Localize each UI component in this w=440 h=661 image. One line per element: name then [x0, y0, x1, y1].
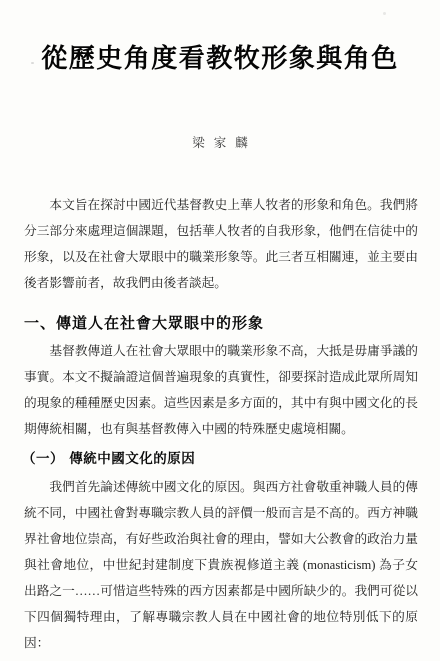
scan-speck	[31, 62, 34, 64]
section-1-paragraph: 基督教傳道人在社會大眾眼中的職業形象不高，大抵是毋庸爭議的事實。本文不擬論證這個…	[0, 338, 440, 442]
intro-paragraph: 本文旨在探討中國近代基督教史上華人牧者的形象和角色。我們將分三部分來處理這個課題…	[0, 192, 440, 296]
author-name: 梁家麟	[0, 133, 440, 151]
document-title: 從歷史角度看教牧形象與角色	[22, 44, 418, 75]
subsection-heading-1-1: （一） 傳統中國文化的原因	[0, 446, 440, 472]
scan-speck	[383, 12, 386, 15]
section-heading-1: 一、傳道人在社會大眾眼中的形象	[0, 310, 440, 336]
document-page: 從歷史角度看教牧形象與角色 梁家麟 本文旨在探討中國近代基督教史上華人牧者的形象…	[0, 0, 440, 661]
subsection-1-1-paragraph: 我們首先論述傳統中國文化的原因。與西方社會敬重神職人員的傳統不同，中國社會對專職…	[0, 474, 440, 656]
